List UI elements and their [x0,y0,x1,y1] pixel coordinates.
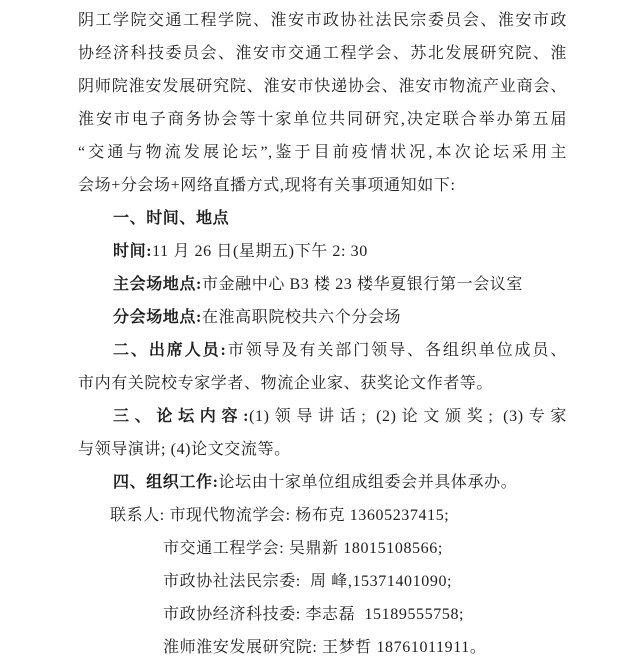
intro-text: 协经济科技委员会、淮安市交通工程学会、苏北发展研究院、淮 [78,45,567,62]
contact-line: 市交通工程学会: 吴鼎新 18015108566; [163,532,567,565]
sub-venue-value: 在淮高职院校共六个分会场 [202,309,401,326]
contact-line: 联系人: 市现代物流学会: 杨布克 13605237415; [110,499,567,532]
intro-text: 淮安市电子商务协会等十家单位共同研究,决定联合举办第五届 [78,111,567,128]
organization-line: 四、组织工作:论坛由十家单位组成组委会并具体承办。 [113,466,567,499]
organization-text: 论坛由十家单位组成组委会并具体承办。 [219,474,518,491]
forum-content-text: (1)领导讲话; (2)论文颁奖; (3)专家 [249,408,567,425]
contact-text: 市交通工程学会: 吴鼎新 18015108566; [163,540,443,557]
contact-text: 联系人: 市现代物流学会: 杨布克 13605237415; [110,507,449,524]
forum-content-heading-label: 三、论坛内容: [113,408,249,425]
contact-text: 市政协社法民宗委: 周 峰,15371401090; [163,573,452,590]
section-heading-label: 一、时间、地点 [113,210,229,227]
intro-text: 会场+分会场+网络直播方式,现将有关事项通知如下: [78,177,456,194]
attendees-line: 二、出席人员:市领导及有关部门领导、各组织单位成员、 [113,334,567,367]
forum-content-line: 三、论坛内容:(1)领导讲话; (2)论文颁奖; (3)专家 [113,400,567,433]
main-venue-label: 主会场地点: [113,276,202,293]
intro-paragraph-line: “交通与物流发展论坛”,鉴于目前疫情状况,本次论坛采用主 [78,136,567,169]
contact-text: 市政协经济科技委: 李志磊 15189555758; [163,606,464,623]
intro-paragraph-line: 阴工学院交通工程学院、淮安市政协社法民宗委员会、淮安市政 [78,4,567,37]
intro-text: 阴师院淮安发展研究院、淮安市快递协会、淮安市物流产业商会、 [78,78,567,95]
intro-paragraph-line: 阴师院淮安发展研究院、淮安市快递协会、淮安市物流产业商会、 [78,70,567,103]
intro-text: 阴工学院交通工程学院、淮安市政协社法民宗委员会、淮安市政 [78,12,567,29]
contact-line: 淮师淮安发展研究院: 王梦哲 18761011911。 [163,631,567,661]
sub-venue-label: 分会场地点: [113,309,202,326]
forum-content-line: 与领导演讲; (4)论文交流等。 [78,433,567,466]
contact-text: 淮师淮安发展研究院: 王梦哲 18761011911。 [163,639,486,656]
time-value: 11 月 26 日(星期五)下午 2: 30 [152,243,368,260]
intro-paragraph-line: 协经济科技委员会、淮安市交通工程学会、苏北发展研究院、淮 [78,37,567,70]
forum-content-text: 与领导演讲; (4)论文交流等。 [78,441,291,458]
section-heading-time-location: 一、时间、地点 [113,202,567,235]
organization-heading-label: 四、组织工作: [113,474,219,491]
contact-line: 市政协经济科技委: 李志磊 15189555758; [163,598,567,631]
attendees-text: 市内有关院校专家学者、物流企业家、获奖论文作者等。 [78,375,493,392]
attendees-heading-label: 二、出席人员: [113,342,226,359]
attendees-text: 市领导及有关部门领导、各组织单位成员、 [226,342,567,359]
intro-text: “交通与物流发展论坛”,鉴于目前疫情状况,本次论坛采用主 [78,144,567,161]
intro-paragraph-line: 淮安市电子商务协会等十家单位共同研究,决定联合举办第五届 [78,103,567,136]
time-line: 时间:11 月 26 日(星期五)下午 2: 30 [113,235,567,268]
time-label: 时间: [113,243,152,260]
main-venue-line: 主会场地点:市金融中心 B3 楼 23 楼华夏银行第一会议室 [113,268,567,301]
contact-line: 市政协社法民宗委: 周 峰,15371401090; [163,565,567,598]
attendees-line: 市内有关院校专家学者、物流企业家、获奖论文作者等。 [78,367,567,400]
sub-venue-line: 分会场地点:在淮高职院校共六个分会场 [113,301,567,334]
main-venue-value: 市金融中心 B3 楼 23 楼华夏银行第一会议室 [202,276,523,293]
notice-document-page: 阴工学院交通工程学院、淮安市政协社法民宗委员会、淮安市政 协经济科技委员会、淮安… [0,0,632,661]
intro-paragraph-line: 会场+分会场+网络直播方式,现将有关事项通知如下: [78,169,567,202]
